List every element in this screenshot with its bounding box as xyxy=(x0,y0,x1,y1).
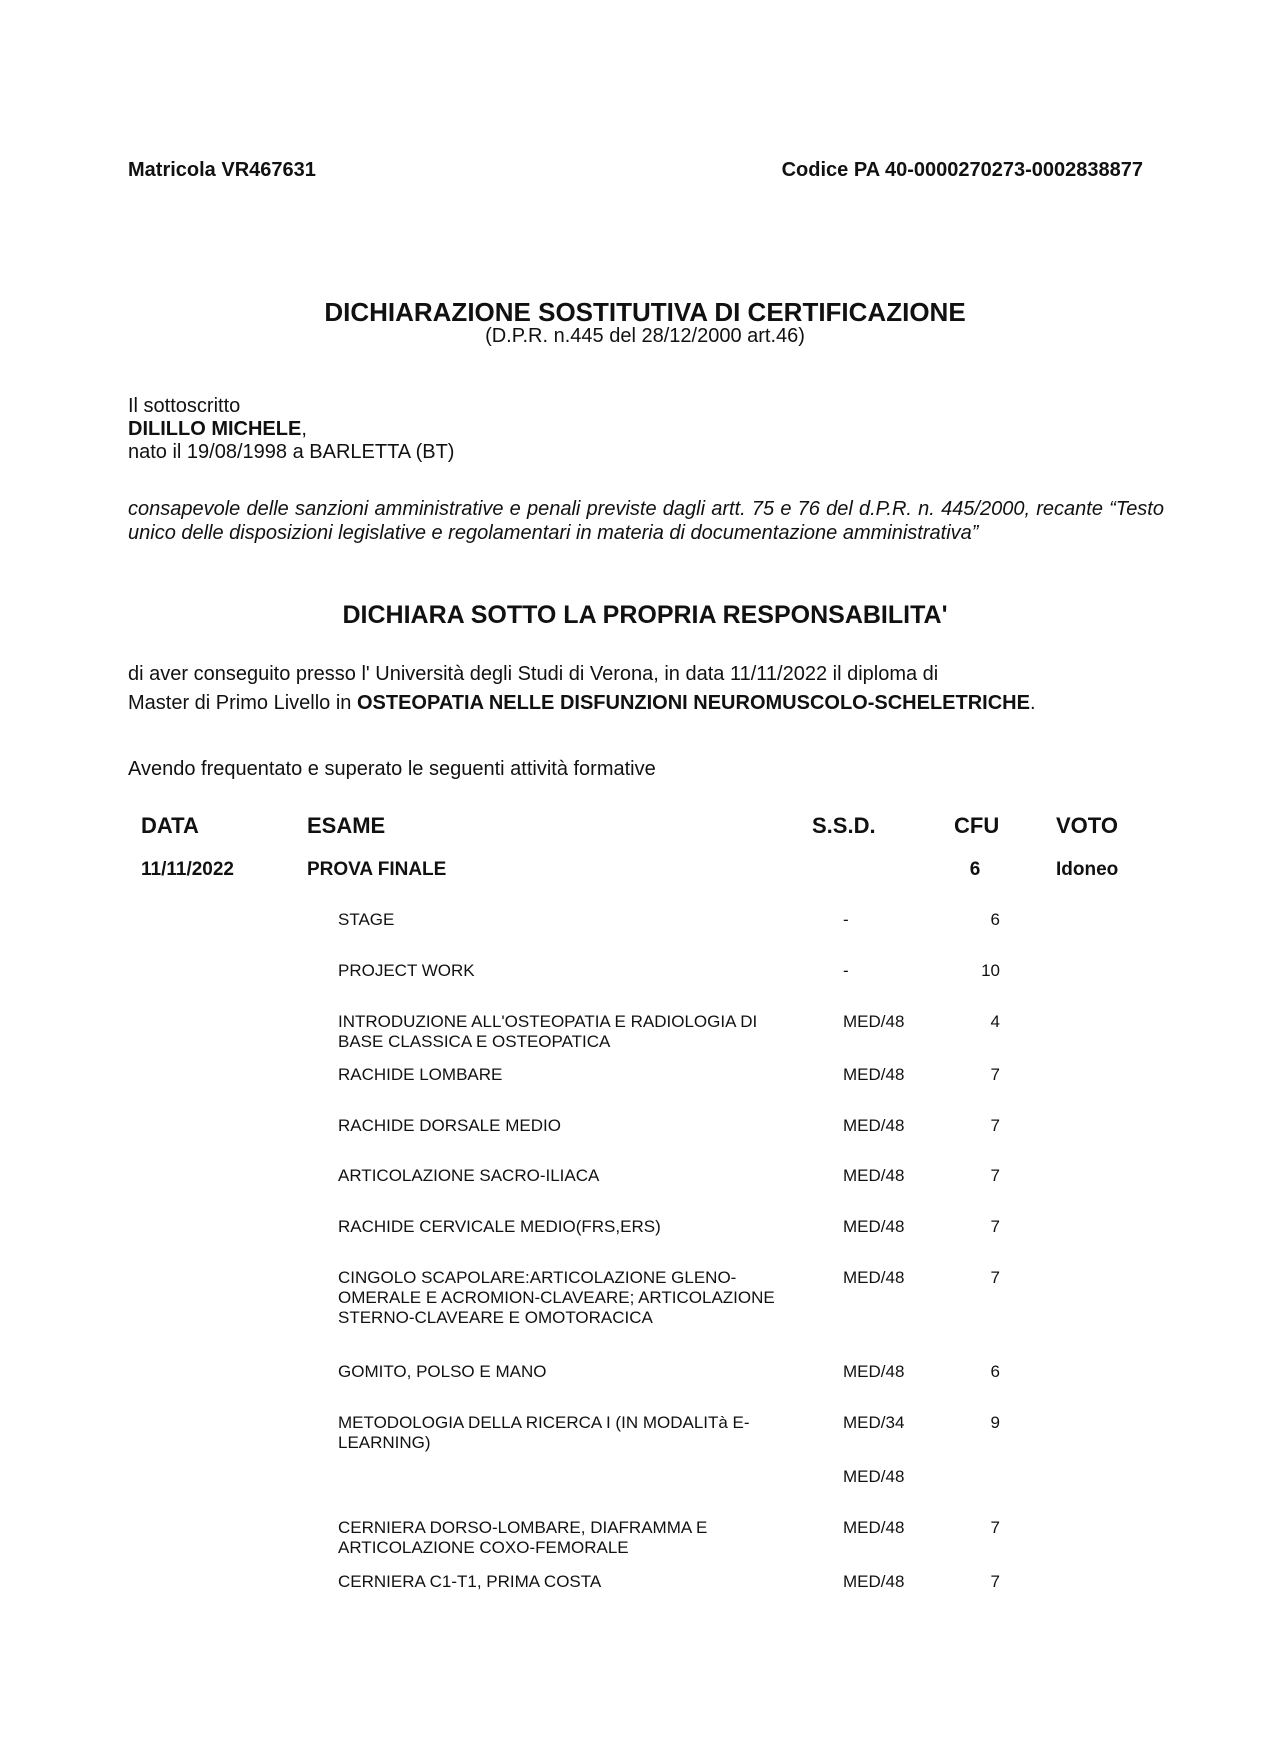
row-ssd: MED/48 xyxy=(843,1268,904,1288)
main-row-date: 11/11/2022 xyxy=(141,859,234,881)
course-name: OSTEOPATIA NELLE DISFUNZIONI NEUROMUSCOL… xyxy=(357,692,1030,714)
row-cfu: 4 xyxy=(970,1012,1000,1032)
main-row-grade: Idoneo xyxy=(1056,859,1118,881)
row-exam: METODOLOGIA DELLA RICERCA I (IN MODALITà… xyxy=(338,1413,798,1453)
row-exam: CINGOLO SCAPOLARE:ARTICOLAZIONE GLENO-OM… xyxy=(338,1268,798,1328)
row-exam: CERNIERA DORSO-LOMBARE, DIAFRAMMA E ARTI… xyxy=(338,1518,798,1558)
document-subtitle: (D.P.R. n.445 del 28/12/2000 art.46) xyxy=(0,325,1280,348)
declarant-intro: Il sottoscritto xyxy=(128,395,240,418)
row-exam: GOMITO, POLSO E MANO xyxy=(338,1362,798,1382)
row-cfu: 6 xyxy=(970,910,1000,930)
row-ssd: - xyxy=(843,961,849,981)
activities-intro: Avendo frequentato e superato le seguent… xyxy=(128,758,656,781)
row-ssd: MED/48 xyxy=(843,1362,904,1382)
row-ssd: MED/48 xyxy=(843,1065,904,1085)
row-ssd: MED/48 xyxy=(843,1572,904,1592)
statement-line-1: di aver conseguito presso l' Università … xyxy=(128,663,938,686)
row-ssd: MED/48 xyxy=(843,1166,904,1186)
row-cfu: 7 xyxy=(970,1116,1000,1136)
row-exam: STAGE xyxy=(338,910,798,930)
row-ssd: MED/48 xyxy=(843,1116,904,1136)
header-cfu: CFU xyxy=(954,813,999,839)
row-ssd: - xyxy=(843,910,849,930)
row-ssd: MED/48 xyxy=(843,1012,904,1032)
header-voto: VOTO xyxy=(1056,813,1118,839)
row-cfu: 7 xyxy=(970,1268,1000,1288)
student-id: Matricola VR467631 xyxy=(128,159,316,182)
row-cfu: 6 xyxy=(970,1362,1000,1382)
row-exam: RACHIDE LOMBARE xyxy=(338,1065,798,1085)
row-exam: RACHIDE DORSALE MEDIO xyxy=(338,1116,798,1136)
statement-line-2: Master di Primo Livello in OSTEOPATIA NE… xyxy=(128,692,1036,715)
declarant-name-comma: , xyxy=(301,418,307,440)
declarant-name-line: DILILLO MICHELE, xyxy=(128,418,307,441)
pa-code: Codice PA 40-0000270273-0002838877 xyxy=(782,159,1143,182)
declarant-birth: nato il 19/08/1998 a BARLETTA (BT) xyxy=(128,441,454,464)
awareness-paragraph: consapevole delle sanzioni amministrativ… xyxy=(128,497,1164,545)
header-esame: ESAME xyxy=(307,813,385,839)
row-ssd: MED/48 xyxy=(843,1467,904,1487)
declarant-name: DILILLO MICHELE xyxy=(128,418,301,440)
row-cfu: 7 xyxy=(970,1572,1000,1592)
declaration-heading: DICHIARA SOTTO LA PROPRIA RESPONSABILITA… xyxy=(0,601,1280,630)
row-cfu: 7 xyxy=(970,1518,1000,1538)
statement-suffix: . xyxy=(1030,692,1036,714)
header-ssd: S.S.D. xyxy=(812,813,876,839)
statement-prefix: Master di Primo Livello in xyxy=(128,692,357,714)
main-row-cfu: 6 xyxy=(955,859,995,881)
row-exam: INTRODUZIONE ALL'OSTEOPATIA E RADIOLOGIA… xyxy=(338,1012,798,1052)
row-ssd: MED/34 xyxy=(843,1413,904,1433)
row-cfu: 7 xyxy=(970,1166,1000,1186)
row-ssd: MED/48 xyxy=(843,1217,904,1237)
row-cfu: 7 xyxy=(970,1065,1000,1085)
row-ssd: MED/48 xyxy=(843,1518,904,1538)
document-title: DICHIARAZIONE SOSTITUTIVA DI CERTIFICAZI… xyxy=(0,297,1280,328)
header-data: DATA xyxy=(141,813,199,839)
row-cfu: 9 xyxy=(970,1413,1000,1433)
row-exam: PROJECT WORK xyxy=(338,961,798,981)
row-exam: ARTICOLAZIONE SACRO-ILIACA xyxy=(338,1166,798,1186)
main-row-exam: PROVA FINALE xyxy=(307,859,446,881)
row-cfu: 10 xyxy=(970,961,1000,981)
row-exam: CERNIERA C1-T1, PRIMA COSTA xyxy=(338,1572,798,1592)
row-cfu: 7 xyxy=(970,1217,1000,1237)
row-exam: RACHIDE CERVICALE MEDIO(FRS,ERS) xyxy=(338,1217,798,1237)
